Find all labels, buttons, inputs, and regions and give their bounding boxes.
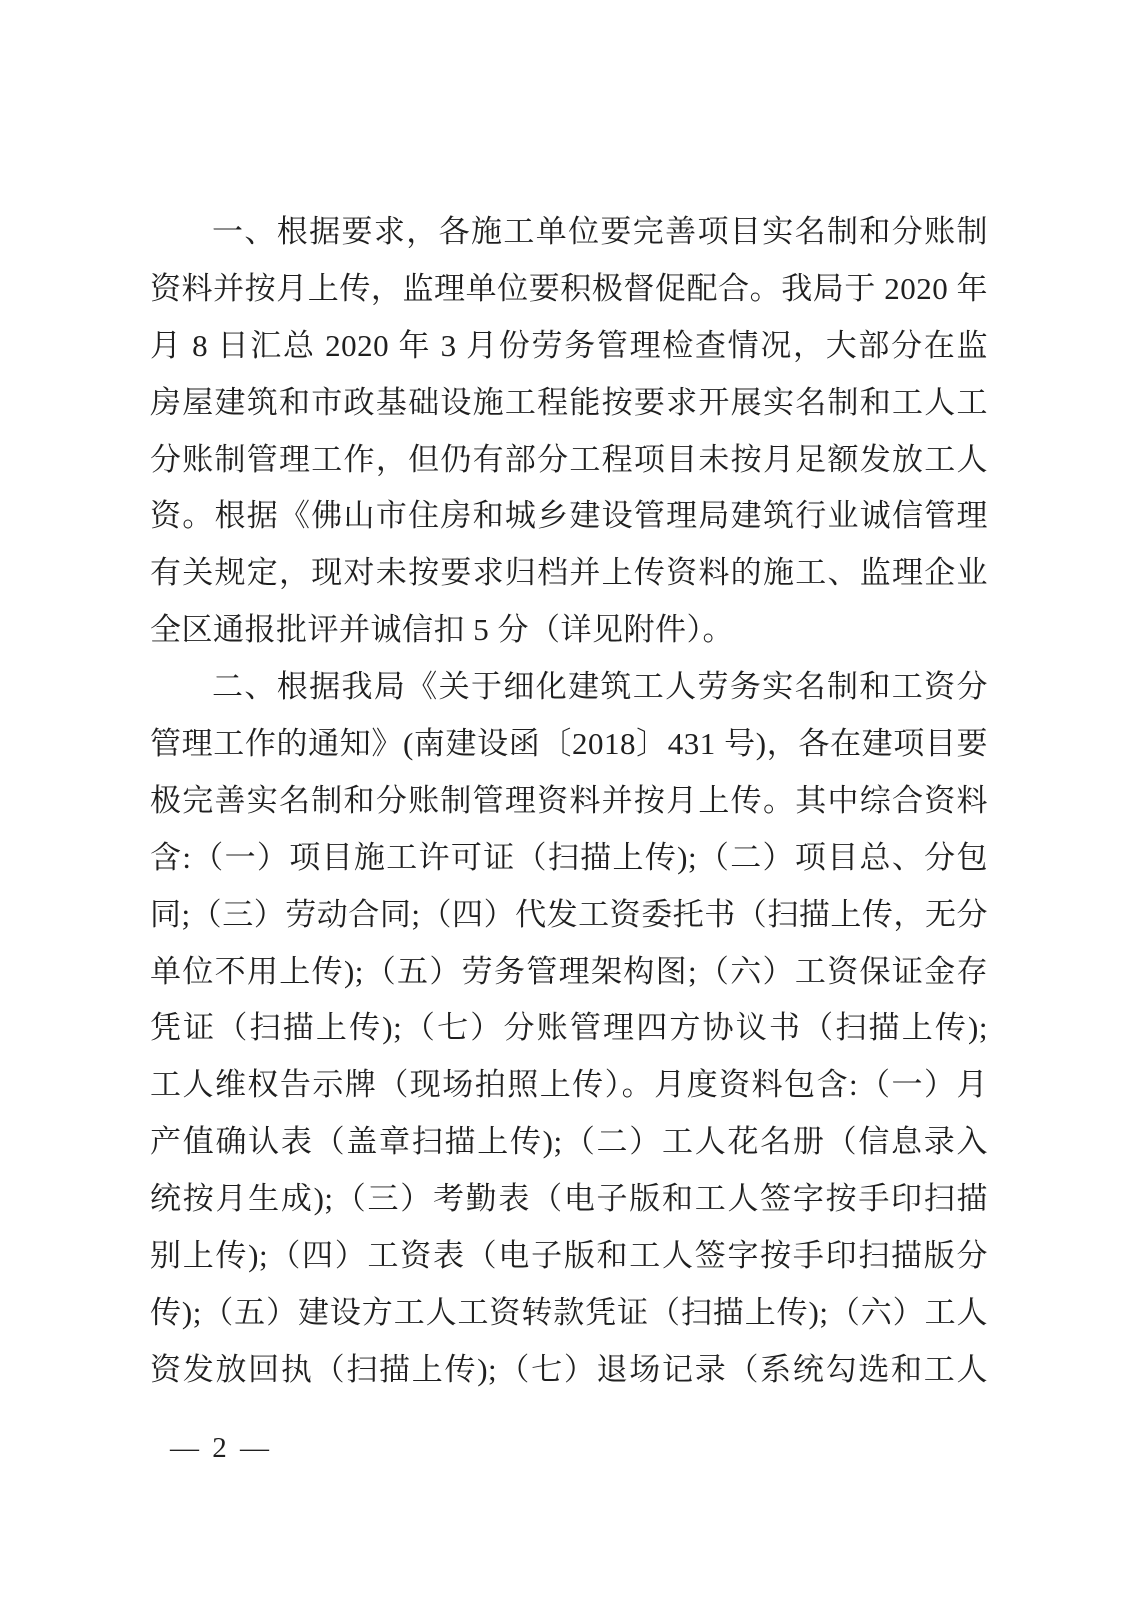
text-line: 分账制管理工作，但仍有部分工程项目未按月足额发放工人工: [150, 432, 988, 489]
text-line: 资料并按月上传，监理单位要积极督促配合。我局于 2020 年 5: [150, 261, 988, 318]
text-line: 月 8 日汇总 2020 年 3 月份劳务管理检查情况，大部分在监在建: [150, 318, 988, 375]
text-line: 资发放回执（扫描上传);（七）退场记录（系统勾选和工人签字: [150, 1342, 988, 1399]
text-line: 全区通报批评并诚信扣 5 分（详见附件）。: [150, 602, 988, 659]
text-line: 二、根据我局《关于细化建筑工人劳务实名制和工资分账制: [150, 659, 988, 716]
text-line: 含:（一）项目施工许可证（扫描上传);（二）项目总、分包合: [150, 830, 988, 887]
page-number: — 2 —: [170, 1432, 272, 1464]
paragraph-2: 二、根据我局《关于细化建筑工人劳务实名制和工资分账制 管理工作的通知》(南建设函…: [150, 659, 988, 1399]
text-line: 凭证（扫描上传);（七）分账管理四方协议书（扫描上传);（八）: [150, 1000, 988, 1057]
paragraph-1: 一、根据要求，各施工单位要完善项目实名制和分账制管理 资料并按月上传，监理单位要…: [150, 204, 988, 659]
text-line: 单位不用上传);（五）劳务管理架构图;（六）工资保证金存款: [150, 944, 988, 1001]
page-footer: — 2 —: [170, 1428, 272, 1468]
text-line: 统按月生成);（三）考勤表（电子版和工人签字按手印扫描版分: [150, 1171, 988, 1228]
text-line: 同;（三）劳动合同;（四）代发工资委托书（扫描上传，无分包: [150, 887, 988, 944]
text-line: 房屋建筑和市政基础设施工程能按要求开展实名制和工人工资: [150, 375, 988, 432]
text-line: 有关规定，现对未按要求归档并上传资料的施工、监理企业进行: [150, 545, 988, 602]
text-line: 产值确认表（盖章扫描上传);（二）工人花名册（信息录入后系: [150, 1114, 988, 1171]
text-line: 传);（五）建设方工人工资转款凭证（扫描上传);（六）工人工: [150, 1285, 988, 1342]
text-line: 极完善实名制和分账制管理资料并按月上传。其中综合资料包: [150, 773, 988, 830]
document-body: 一、根据要求，各施工单位要完善项目实名制和分账制管理 资料并按月上传，监理单位要…: [150, 204, 988, 1399]
document-page: 一、根据要求，各施工单位要完善项目实名制和分账制管理 资料并按月上传，监理单位要…: [0, 0, 1131, 1600]
text-line: 一、根据要求，各施工单位要完善项目实名制和分账制管理: [150, 204, 988, 261]
text-line: 别上传);（四）工资表（电子版和工人签字按手印扫描版分别上: [150, 1228, 988, 1285]
text-line: 工人维权告示牌（现场拍照上传）。月度资料包含:（一）月完成: [150, 1057, 988, 1114]
text-line: 资。根据《佛山市住房和城乡建设管理局建筑行业诚信管理办法》: [150, 488, 988, 545]
text-line: 管理工作的通知》(南建设函〔2018〕431 号)，各在建项目要积: [150, 716, 988, 773]
